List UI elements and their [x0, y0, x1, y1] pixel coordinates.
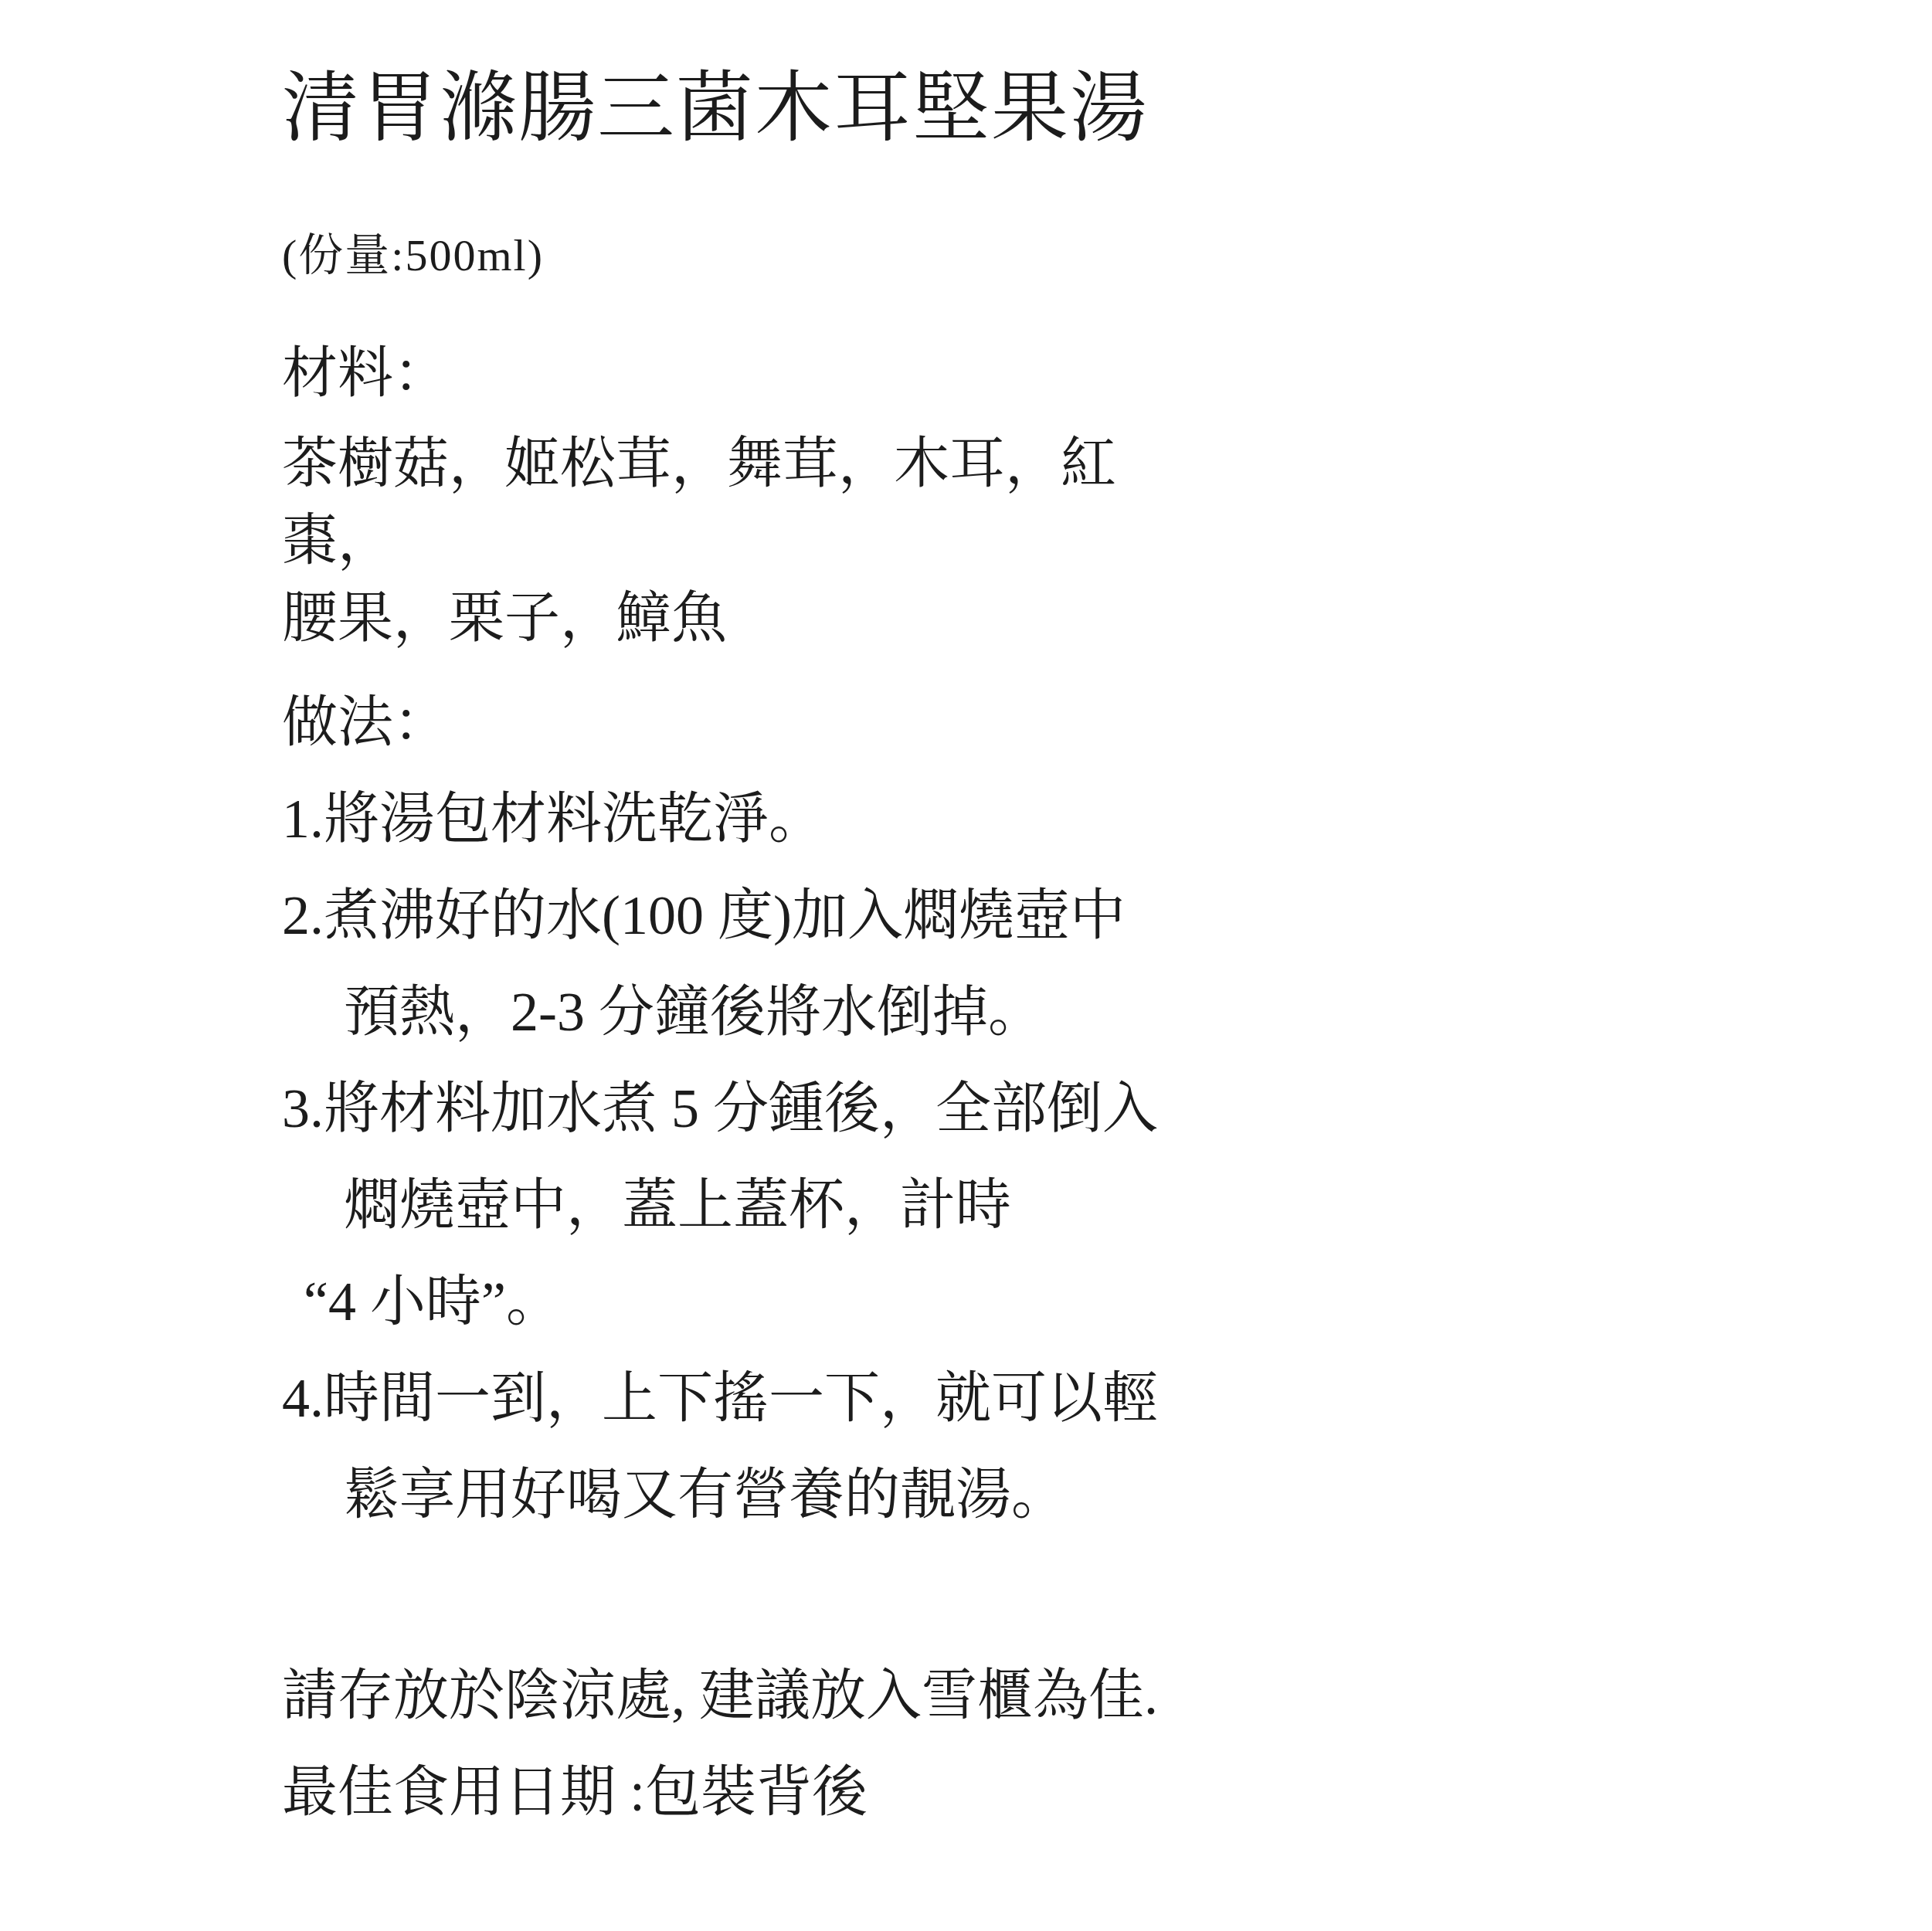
serving-size: (份量:500ml)	[282, 233, 1808, 278]
method-step-line: 鬆享用好喝又有營養的靚湯。	[282, 1467, 1808, 1522]
ingredients-line: 腰果，栗子，鱆魚	[282, 590, 1808, 646]
method-step-line: 1.將湯包材料洗乾淨。	[282, 791, 1808, 847]
ingredients-line: 茶樹菇，姬松茸，舞茸，木耳，紅	[282, 436, 1808, 491]
storage-note: 請存放於陰涼處, 建議放入雪櫃為佳.	[282, 1668, 1808, 1723]
method-label: 做法：	[282, 694, 1808, 750]
method-step-line: 燜燒壺中，蓋上蓋杯，計時	[282, 1177, 1808, 1233]
method-step-line: 4.時間一到，上下搖一下，就可以輕	[282, 1370, 1808, 1426]
best-before-note: 最佳食用日期 :包裝背後	[282, 1764, 1808, 1820]
method-step-line: 3.將材料加水煮 5 分鍾後，全部倒入	[282, 1081, 1808, 1136]
recipe-title: 清胃滌腸三菌木耳堅果湯	[282, 66, 1808, 152]
method-step-line: “4 小時”。	[282, 1274, 1808, 1329]
ingredients-label: 材料：	[282, 345, 1808, 401]
method-step-line: 2.煮沸好的水(100 度)加入燜燒壺中	[282, 887, 1808, 943]
recipe-document: 清胃滌腸三菌木耳堅果湯 (份量:500ml) 材料： 茶樹菇，姬松茸，舞茸，木耳…	[0, 0, 1932, 1931]
method-step-line: 預熱，2-3 分鐘後將水倒掉。	[282, 984, 1808, 1040]
ingredients-line: 棗，	[282, 513, 1808, 568]
